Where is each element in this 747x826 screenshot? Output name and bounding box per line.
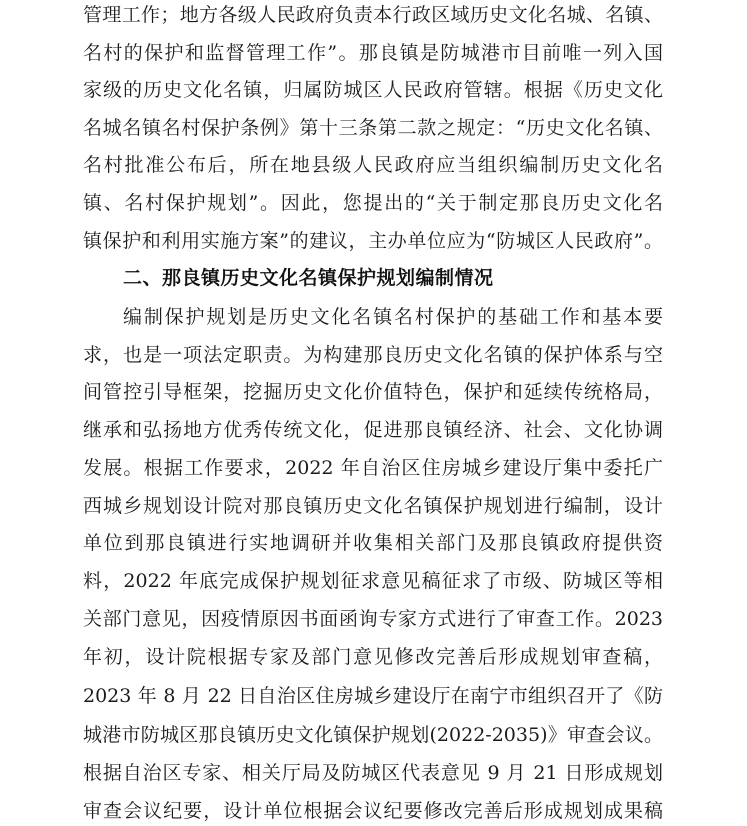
paragraph-line: 镇保护和利用实施方案”的建议，主办单位应为“防城区人民政府”。: [83, 229, 663, 253]
paragraph-line: 审查会议纪要，设计单位根据会议纪要修改完善后形成规划成果稿: [83, 799, 663, 823]
paragraph-line: 名村的保护和监督管理工作”。那良镇是防城港市目前唯一列入国: [83, 41, 663, 65]
paragraph-line: 西城乡规划设计院对那良镇历史文化名镇保护规划进行编制，设计: [83, 494, 663, 518]
paragraph-line: 关部门意见，因疫情原因书面函询专家方式进行了审查工作。2023: [83, 607, 663, 631]
paragraph-line: 间管控引导框架，挖掘历史文化价值特色，保护和延续传统格局，: [83, 380, 663, 404]
paragraph-line: 名村批准公布后，所在地县级人民政府应当组织编制历史文化名: [83, 153, 663, 177]
paragraph-line: 家级的历史文化名镇，归属防城区人民政府管辖。根据《历史文化: [83, 78, 663, 102]
paragraph-line: 管理工作；地方各级人民政府负责本行政区域历史文化名城、名镇、: [83, 3, 663, 27]
paragraph-line: 求，也是一项法定职责。为构建那良历史文化名镇的保护体系与空: [83, 343, 663, 367]
paragraph-line: 根据自治区专家、相关厅局及防城区代表意见 9 月 21 日形成规划: [83, 761, 663, 785]
paragraph-line: 料，2022 年底完成保护规划征求意见稿征求了市级、防城区等相: [83, 569, 663, 593]
paragraph-line: 编制保护规划是历史文化名镇名村保护的基础工作和基本要: [123, 305, 663, 329]
paragraph-line: 年初，设计院根据专家及部门意见修改完善后形成规划审查稿，: [83, 645, 663, 669]
paragraph-line: 2023 年 8 月 22 日自治区住房城乡建设厅在南宁市组织召开了《防: [83, 684, 663, 708]
paragraph-line: 镇、名村保护规划”。因此，您提出的“关于制定那良历史文化名: [83, 191, 663, 215]
section-heading: 二、那良镇历史文化名镇保护规划编制情况: [123, 266, 494, 290]
document-page: 管理工作；地方各级人民政府负责本行政区域历史文化名城、名镇、 名村的保护和监督管…: [0, 0, 747, 826]
paragraph-line: 发展。根据工作要求，2022 年自治区住房城乡建设厅集中委托广: [83, 456, 663, 480]
paragraph-line: 城港市防城区那良镇历史文化镇保护规划(2022-2035)》审查会议。: [83, 723, 663, 747]
paragraph-line: 名城名镇名村保护条例》第十三条第二款之规定：“历史文化名镇、: [83, 116, 663, 140]
paragraph-line: 单位到那良镇进行实地调研并收集相关部门及那良镇政府提供资: [83, 531, 663, 555]
paragraph-line: 继承和弘扬地方优秀传统文化，促进那良镇经济、社会、文化协调: [83, 418, 663, 442]
